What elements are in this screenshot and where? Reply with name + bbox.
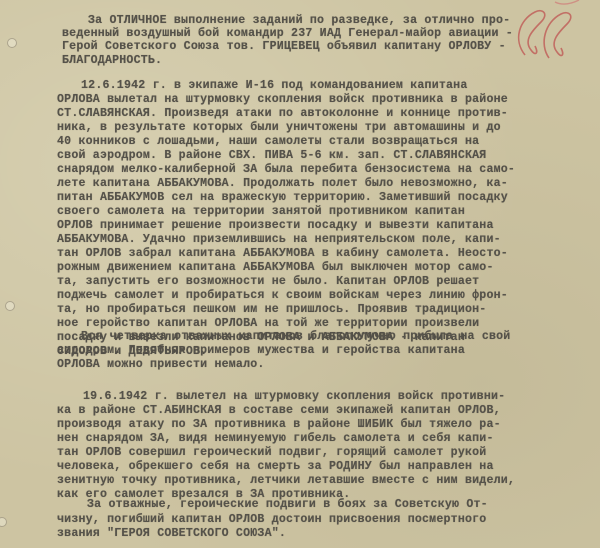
text-line: аэродром. Подобных примеров мужества и г…	[57, 344, 465, 357]
text-line: ника, в результате которых были уничтоже…	[57, 121, 501, 134]
text-line: свой аэродром. В районе СВХ. ПИВА 5-6 км…	[57, 149, 486, 162]
text-line: ка в районе СТ.АБИНСКАЯ в составе семи э…	[57, 404, 501, 417]
text-line: поджечь самолет и пробираться к своим во…	[57, 289, 508, 302]
text-line: Герой Советского Союза тов. ГРИЦЕВЕЦ объ…	[62, 40, 506, 53]
punch-hole	[5, 301, 15, 311]
text-line: ОРЛОВА вылетал на штурмовку скопления во…	[57, 93, 508, 106]
punch-hole	[7, 38, 17, 48]
text-line: лете капитана АББАКУМОВА. Продолжать пол…	[57, 177, 508, 190]
text-line: За отважные, героические подвиги в боях …	[87, 498, 488, 511]
text-line: нен снарядом ЗА, видя неминуемую гибель …	[57, 432, 494, 445]
text-line: рожным движением капитана АББАКУМОВА был…	[57, 261, 494, 274]
document-page: За ОТЛИЧНОЕ выполнение заданий по развед…	[0, 0, 600, 548]
text-line: За ОТЛИЧНОЕ выполнение заданий по развед…	[88, 14, 510, 27]
text-line: производя атаку по ЗА противника в район…	[57, 418, 501, 431]
text-line: СТ.СЛАВЯНСКАЯ. Произведя атаки по автоко…	[57, 107, 508, 120]
text-line: своего самолета на территории занятой пр…	[57, 205, 465, 218]
text-line: питан АББАКУМОВ сел на вражескую террито…	[57, 191, 508, 204]
text-line: 40 конников с лошадьми, наши самолеты ст…	[57, 135, 479, 148]
text-line: БЛАГОДАРНОСТЬ.	[62, 54, 162, 67]
punch-hole	[0, 517, 7, 527]
text-line: зенитную точку противника, летчики летав…	[57, 474, 515, 487]
text-line: 12.6.1942 г. в экипаже И-16 под командов…	[81, 79, 468, 92]
text-line: 19.6.1942 г. вылетел на штурмовку скопле…	[83, 390, 505, 403]
text-line: снарядом мелко-калиберной ЗА была переби…	[57, 163, 515, 176]
text-line: та, запустить его возможности не было. К…	[57, 275, 479, 288]
text-line: та, но пробираться пешком им не пришлось…	[57, 303, 486, 316]
text-line: тан ОРЛОВ совершил героический подвиг, г…	[57, 446, 486, 459]
red-handwritten-mark	[505, 0, 580, 64]
text-line: человека, обрекшего себя на смерть за РО…	[57, 460, 494, 473]
text-line: чизну, погибший капитан ОРЛОВ достоин пр…	[57, 513, 486, 526]
text-line: ное геройство капитан ОРЛОВА на той же т…	[57, 317, 479, 330]
text-line: ОРЛОВ принимает решение произвести посад…	[57, 219, 494, 232]
text-line: АББАКУМОВА. Удачно приземлившись на непр…	[57, 233, 501, 246]
text-line: веденный воздушный бой командир 237 ИАД …	[62, 27, 513, 40]
text-line: звания "ГЕРОЯ СОВЕТСКОГО СОЮЗА".	[57, 527, 286, 540]
text-line: тан ОРЛОВ забрал капитана АББАКУМОВА в к…	[57, 247, 508, 260]
text-line: ОРЛОВА можно привести немало.	[57, 358, 265, 371]
text-line: Вся четверка отважных капитанов благопол…	[81, 330, 510, 343]
